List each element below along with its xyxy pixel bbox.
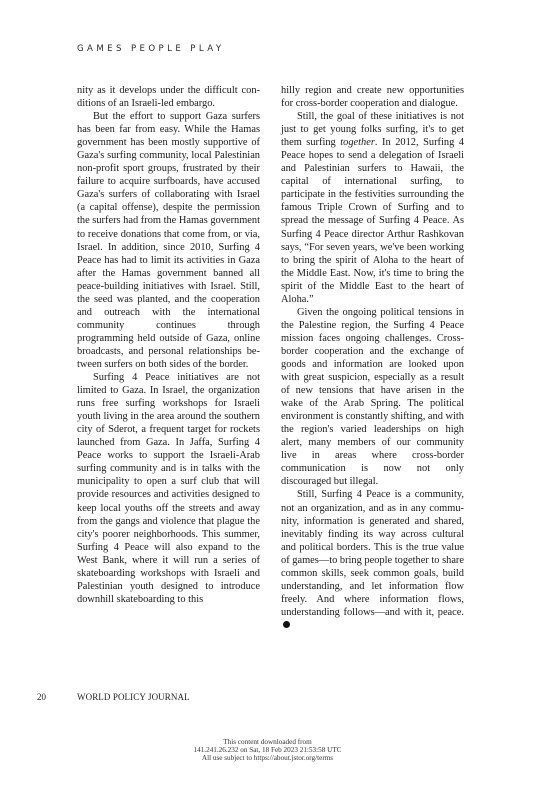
page-number: 20 [37, 692, 46, 702]
article-column-right: hilly region and create new opportunitie… [281, 84, 464, 632]
text-span: . In 2012, Surfing 4 Peace hopes to send… [281, 137, 464, 305]
paragraph: nity as it develops under the difficult … [77, 84, 260, 110]
end-mark-icon [283, 621, 290, 628]
journal-name: WORLD POLICY JOURNAL [77, 692, 190, 702]
article-column-left: nity as it develops under the difficult … [77, 84, 260, 606]
text-span: Still, Surfing 4 Peace is a community, n… [281, 489, 464, 617]
paragraph: But the effort to support Gaza surfers h… [77, 110, 260, 371]
paragraph: Given the ongoing political tensions in … [281, 306, 464, 489]
notice-line: This content downloaded from [0, 738, 535, 746]
paragraph: hilly region and create new opportunitie… [281, 84, 464, 110]
notice-line: All use subject to https://about.jstor.o… [0, 754, 535, 762]
paragraph: Still, the goal of these initiatives is … [281, 110, 464, 306]
paragraph: Surfing 4 Peace initiatives are not limi… [77, 371, 260, 606]
paragraph-final: Still, Surfing 4 Peace is a community, n… [281, 488, 464, 632]
emphasis-text: together [340, 137, 375, 148]
jstor-download-notice: This content downloaded from 141.241.26.… [0, 738, 535, 763]
running-head: GAMES PEOPLE PLAY [77, 44, 225, 54]
notice-line: 141.241.26.232 on Sat, 18 Feb 2023 21:53… [0, 746, 535, 754]
